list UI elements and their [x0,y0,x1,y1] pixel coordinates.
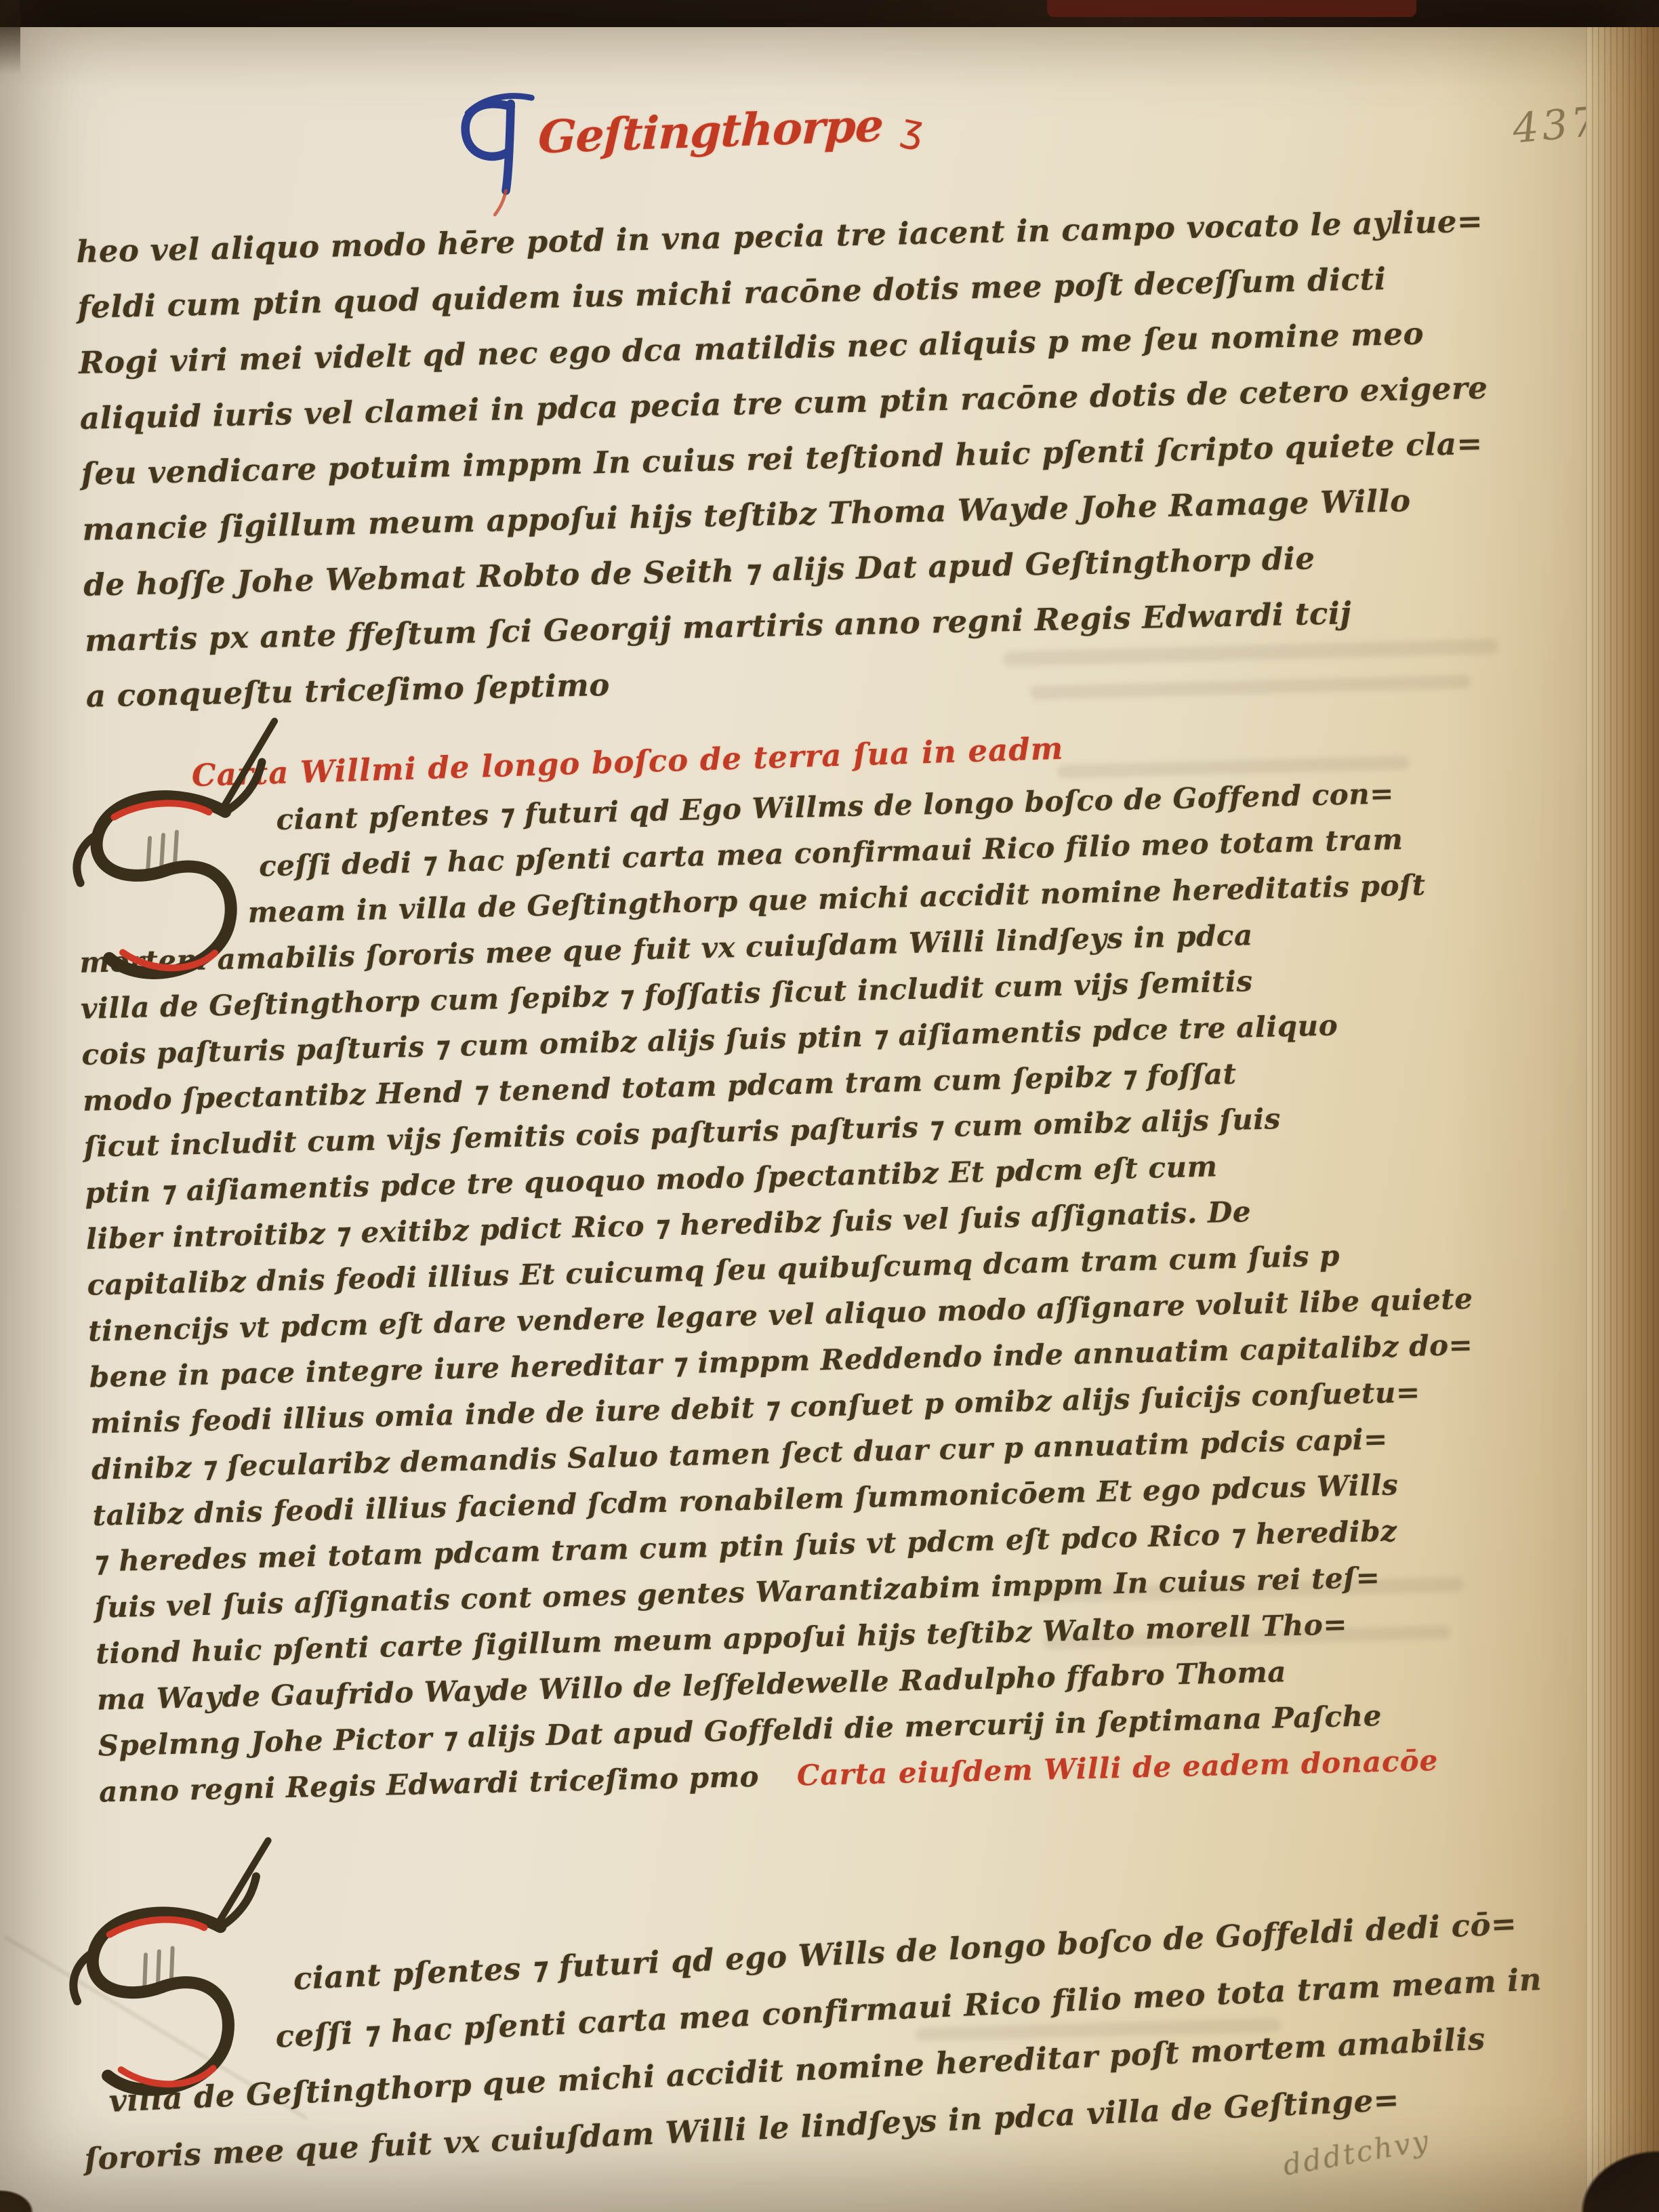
book-fore-edge [1586,22,1659,2212]
section-heading: Geſtingthorpe ʒ [447,77,926,220]
photo-corner-shadow [0,0,20,75]
photo-corner-shadow [1510,2097,1659,2212]
decorated-initial-S [59,1891,272,2124]
place-heading: Geſtingthorpe [537,99,884,164]
paraph-mark-icon [447,91,537,220]
manuscript-photo: Geſtingthorpe ʒ 437 heo vel aliquo modo … [0,0,1659,2212]
charter-paragraph-2: ciant pſentes ⁊ futuri qd Ego Willms de … [76,777,1414,1821]
photo-corner-shadow [0,2158,81,2212]
heading-flourish: ʒ [898,105,928,152]
binding-red-band [1047,0,1416,17]
decorated-initial-S [64,777,273,1006]
charter-paragraph-1: heo vel aliquo modo hēre potd in vna pec… [76,205,1388,734]
